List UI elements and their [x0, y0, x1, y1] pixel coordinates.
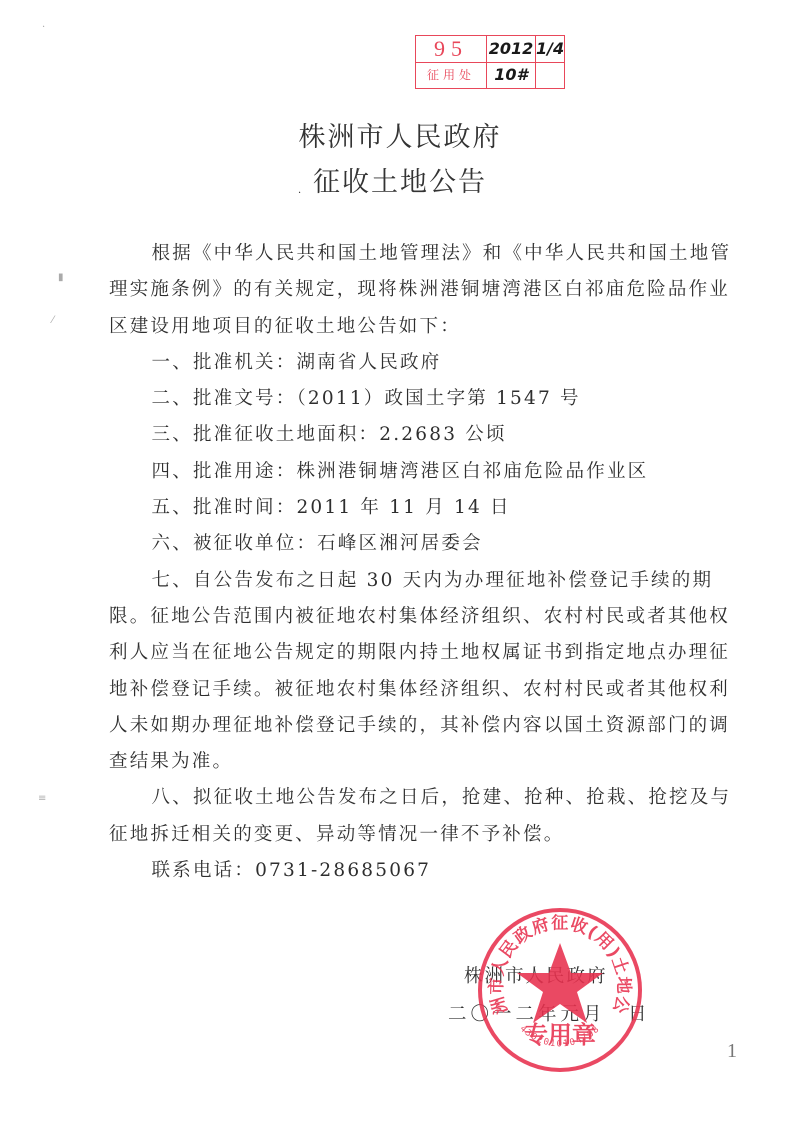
item-value: 株洲港铜塘湾港区白祁庙危险品作业区 [296, 461, 648, 482]
item-label: 五、批准时间： [152, 497, 297, 518]
item-label: 二、批准文号： [152, 388, 297, 409]
seal-code: 4302010104788 [518, 1024, 603, 1050]
scan-speck: ≡ [38, 793, 46, 804]
item-value: （2011）政国土字第 1547 号 [296, 388, 580, 409]
registration-year: 2012 [487, 36, 536, 62]
document-title: 征收土地公告 [0, 160, 800, 199]
item-approval-document-number: 二、批准文号：（2011）政国土字第 1547 号 [109, 381, 745, 417]
signature-issuer: 株洲市人民政府 [464, 962, 608, 988]
scan-speck: · [298, 188, 301, 199]
item-value: 石峰区湘河居委会 [317, 533, 483, 554]
intro-paragraph: 根据《中华人民共和国土地管理法》和《中华人民共和国土地管理实施条例》的有关规定，… [109, 236, 745, 345]
scan-speck: ⁄ [52, 315, 54, 326]
notice-body: 根据《中华人民共和国土地管理法》和《中华人民共和国土地管理实施条例》的有关规定，… [109, 236, 745, 889]
item-value: 湖南省人民政府 [296, 352, 441, 373]
signature-date: 二〇一二年元月 日 [448, 1000, 651, 1026]
registration-stamp-row-1: 95 2012 1/4 [416, 36, 564, 63]
contact-line: 联系电话：0731-28685067 [109, 853, 745, 889]
svg-text:4302010104788: 4302010104788 [518, 1024, 603, 1050]
item-label: 三、批准征收土地面积： [152, 424, 380, 445]
item-expropriated-unit: 六、被征收单位：石峰区湘河居委会 [109, 526, 745, 562]
item-approval-date: 五、批准时间：2011 年 11 月 14 日 [109, 490, 745, 526]
scan-speck: · [42, 22, 45, 33]
registration-stamp-row-2: 征用处 10# [416, 62, 564, 88]
registration-serial: 10# [487, 62, 536, 88]
clause-7-paragraph: 七、自公告发布之日起 30 天内为办理征地补偿登记手续的期限。征地公告范围内被征… [109, 563, 745, 781]
registration-number: 95 [416, 36, 487, 62]
item-label: 六、被征收单位： [152, 533, 318, 554]
item-approved-use: 四、批准用途：株洲港铜塘湾港区白祁庙危险品作业区 [109, 454, 745, 490]
clause-8-paragraph: 八、拟征收土地公告发布之日后，抢建、抢种、抢栽、抢挖及与征地拆迁相关的变更、异动… [109, 780, 745, 853]
item-value: 2011 年 11 月 14 日 [296, 497, 510, 518]
item-label: 四、批准用途： [152, 461, 297, 482]
page-number: 1 [727, 1040, 737, 1063]
document-page: 95 2012 1/4 征用处 10# 株洲市人民政府 征收土地公告 根据《中华… [0, 0, 800, 1127]
issuer-title: 株洲市人民政府 [0, 115, 800, 154]
contact-label: 联系电话： [152, 860, 256, 881]
scan-speck: ▮ [58, 272, 64, 283]
registration-page: 1/4 [536, 36, 564, 62]
item-label: 一、批准机关： [152, 352, 297, 373]
item-land-area: 三、批准征收土地面积：2.2683 公顷 [109, 417, 745, 453]
contact-phone: 0731-28685067 [255, 860, 431, 881]
registration-empty-cell [536, 62, 564, 88]
official-seal-icon: 株洲市人民政府征收(用)土地公告 专用章 4302010104788 [475, 905, 645, 1075]
registration-stamp: 95 2012 1/4 征用处 10# [415, 35, 565, 89]
item-value: 2.2683 公顷 [379, 424, 506, 445]
registration-office-label: 征用处 [416, 62, 487, 88]
item-approving-authority: 一、批准机关：湖南省人民政府 [109, 345, 745, 381]
